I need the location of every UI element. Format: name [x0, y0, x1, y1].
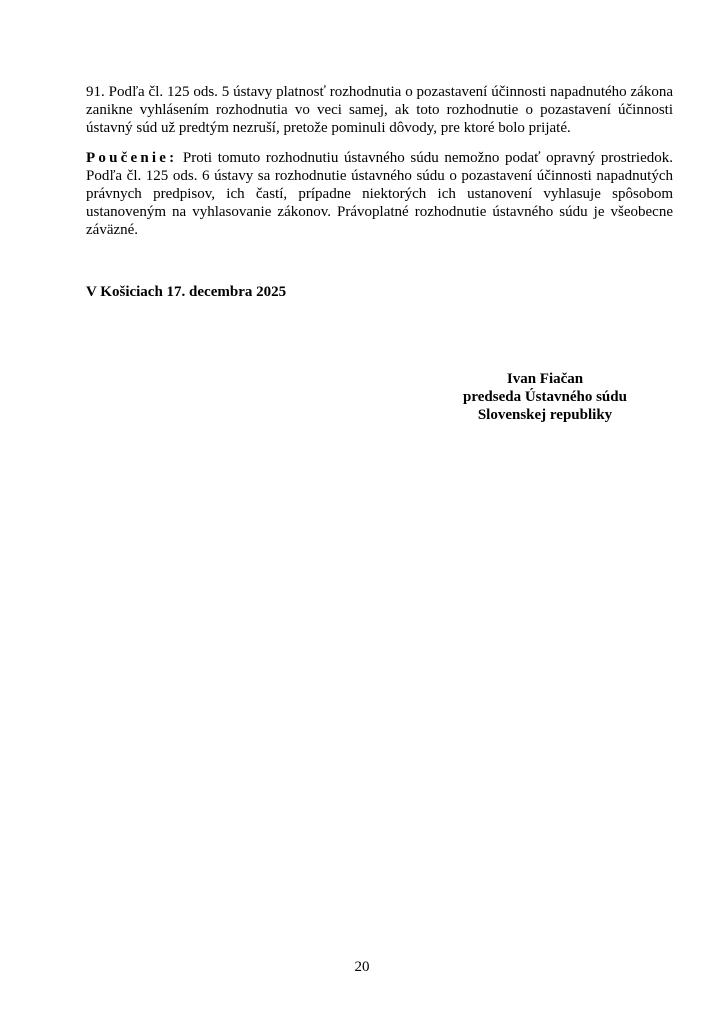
instruction-paragraph: Poučenie: Proti tomuto rozhodnutiu ústav…: [86, 149, 673, 239]
page-number: 20: [0, 958, 724, 976]
signatory-name: Ivan Fiačan: [445, 370, 645, 388]
instruction-label: Poučenie:: [86, 150, 177, 166]
place-and-date: V Košiciach 17. decembra 2025: [86, 283, 286, 301]
paragraph-91: 91. Podľa čl. 125 ods. 5 ústavy platnosť…: [86, 83, 673, 137]
signature-block: Ivan Fiačan predseda Ústavného súdu Slov…: [445, 370, 645, 424]
document-page: 91. Podľa čl. 125 ods. 5 ústavy platnosť…: [0, 0, 724, 1024]
signatory-title-line-2: Slovenskej republiky: [445, 406, 645, 424]
signatory-title-line-1: predseda Ústavného súdu: [445, 388, 645, 406]
